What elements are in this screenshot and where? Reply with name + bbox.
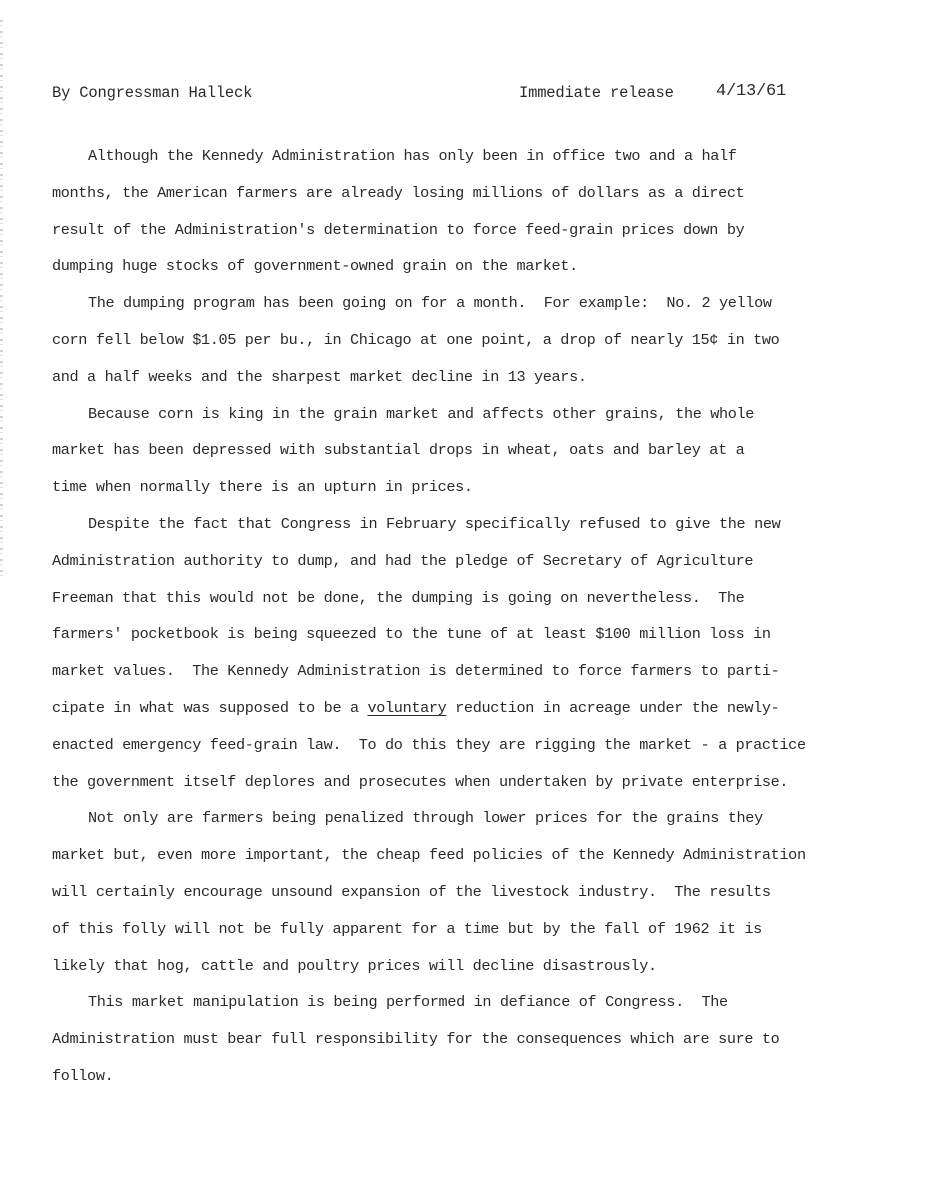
document-body: Although the Kennedy Administration has … (52, 138, 852, 1095)
text-line: market has been depressed with substanti… (52, 432, 852, 469)
text-line-with-underline: cipate in what was supposed to be a volu… (52, 690, 852, 727)
text-line: Administration authority to dump, and ha… (52, 543, 852, 580)
byline: By Congressman Halleck (52, 84, 252, 102)
text-line: of this folly will not be fully apparent… (52, 911, 852, 948)
text-line: market but, even more important, the che… (52, 837, 852, 874)
text-line: likely that hog, cattle and poultry pric… (52, 948, 852, 985)
text-line: corn fell below $1.05 per bu., in Chicag… (52, 322, 852, 359)
release-date: 4/13/61 (716, 82, 786, 101)
paragraph-4: Despite the fact that Congress in Februa… (52, 506, 852, 800)
text-line: follow. (52, 1058, 852, 1095)
text-line: enacted emergency feed-grain law. To do … (52, 727, 852, 764)
paragraph-3: Because corn is king in the grain market… (52, 396, 852, 506)
text-line: will certainly encourage unsound expansi… (52, 874, 852, 911)
text-line: Not only are farmers being penalized thr… (52, 800, 852, 837)
text-line: Administration must bear full responsibi… (52, 1021, 852, 1058)
text-line: and a half weeks and the sharpest market… (52, 359, 852, 396)
underlined-word: voluntary (368, 699, 447, 717)
text-line: The dumping program has been going on fo… (52, 285, 852, 322)
text-line: farmers' pocketbook is being squeezed to… (52, 616, 852, 653)
release-notice: Immediate release (519, 84, 674, 102)
text-line: months, the American farmers are already… (52, 175, 852, 212)
text-line: dumping huge stocks of government-owned … (52, 248, 852, 285)
text-line: time when normally there is an upturn in… (52, 469, 852, 506)
text-line: Because corn is king in the grain market… (52, 396, 852, 433)
text-line: the government itself deplores and prose… (52, 764, 852, 801)
text-line: Despite the fact that Congress in Februa… (52, 506, 852, 543)
text-line: Freeman that this would not be done, the… (52, 580, 852, 617)
text-segment: reduction in acreage under the newly- (446, 699, 779, 717)
text-line: This market manipulation is being perfor… (52, 984, 852, 1021)
paragraph-2: The dumping program has been going on fo… (52, 285, 852, 395)
text-line: result of the Administration's determina… (52, 212, 852, 249)
paragraph-5: Not only are farmers being penalized thr… (52, 800, 852, 984)
paragraph-1: Although the Kennedy Administration has … (52, 138, 852, 285)
press-release-header: By Congressman Halleck Immediate release… (0, 84, 927, 108)
text-line: market values. The Kennedy Administratio… (52, 653, 852, 690)
paragraph-6: This market manipulation is being perfor… (52, 984, 852, 1094)
text-line: Although the Kennedy Administration has … (52, 138, 852, 175)
text-segment: cipate in what was supposed to be a (52, 699, 368, 717)
